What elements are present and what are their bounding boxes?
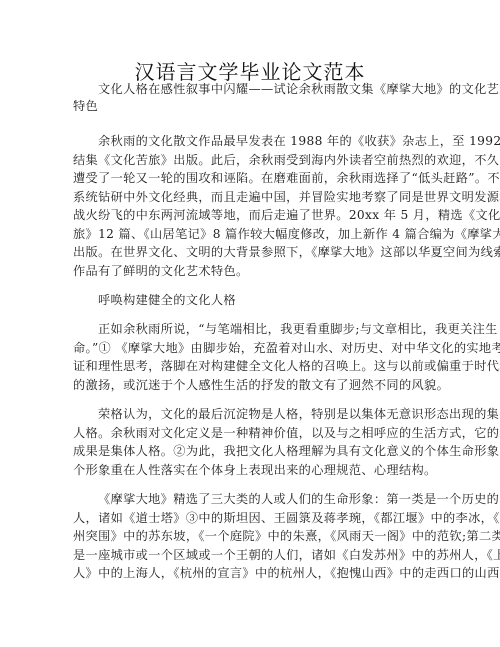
subtitle-line: 特色 <box>73 97 98 115</box>
paragraph-line: 是一座城市或一个区域或一个王朝的人们，诸如《白发苏州》中的苏州人，《上海 <box>73 546 500 564</box>
paragraph-line: 遭受了一轮又一轮的围攻和诬陷。在磨难面前，余秋雨选择了“低头赶路”。不仅 <box>73 169 500 187</box>
paragraph-line: 正如余秋雨所说，“与笔端相比，我更看重脚步;与文章相比，我更关注生 <box>98 320 498 338</box>
paragraph-line: 荣格认为，文化的最后沉淀物是人格，特别是以集体无意识形态出现的集体 <box>98 405 500 423</box>
paragraph-line: 命。”① 《摩挲大地》由脚步始，充盈着对山水、对历史、对中华文化的实地考 <box>73 339 500 357</box>
paragraph-line: 旅》12 篇、《山居笔记》8 篇作较大幅度修改，加上新作 4 篇合编为《摩挲大地… <box>73 225 500 243</box>
subtitle-line: 文化人格在感性叙事中闪耀——试论余秋雨散文集《摩挲大地》的文化艺术 <box>98 80 500 98</box>
paragraph-line: 系统钻研中外文化经典，而且走遍中国，并冒险实地考察了同是世界文明发源地的 <box>73 188 500 206</box>
paragraph-line: 余秋雨的文化散文作品最早发表在 1988 年的《收获》杂志上，至 1992 年， <box>98 132 500 150</box>
paragraph-line: 成果是集体人格。②为此，我把文化人格理解为具有文化意义的个体生命形象，这 <box>73 442 500 460</box>
paragraph-line: 证和理性思考，落脚在对构建健全文化人格的召唤上。这与以前或偏重于时代精神 <box>73 357 500 375</box>
paragraph-line: 人，诸如《道士塔》③中的斯坦因、王圆箓及蒋孝琬，《都江堰》中的李冰，《黄 <box>73 509 500 527</box>
paragraph-line: 个形象重在人性落实在个体身上表现出来的心理规范、心理结构。 <box>73 461 437 479</box>
paragraph-line: 战火纷飞的中东两河流域等地，而后走遍了世界。20xx 年 5 月，精选《文化苦 <box>73 206 500 224</box>
document-page: 汉语言文学毕业论文范本 文化人格在感性叙事中闪耀——试论余秋雨散文集《摩挲大地》… <box>0 0 500 647</box>
paragraph-line: 州突围》中的苏东坡，《一个庭院》中的朱熹，《风雨天一阁》中的范钦;第二类 <box>73 527 500 545</box>
paragraph-line: 人》中的上海人，《杭州的宣言》中的杭州人，《抱愧山西》中的走西口的山西商 <box>73 564 500 582</box>
paragraph-line: 作品有了鲜明的文化艺术特色。 <box>73 262 249 280</box>
paragraph-line: 的激扬，或沉迷于个人感性生活的抒发的散文有了迥然不同的风貌。 <box>73 376 449 394</box>
paragraph-line: 结集《文化苦旅》出版。此后，余秋雨受到海内外读者空前热烈的欢迎，不久，又 <box>73 151 500 169</box>
paragraph-line: 出版。在世界文化、文明的大背景参照下，《摩挲大地》这部以华夏空间为线索的 <box>73 243 500 261</box>
paragraph-line: 《摩挲大地》精选了三大类的人或人们的生命形象：第一类是一个历史的 <box>98 490 499 508</box>
section-heading: 呼唤构建健全的文化人格 <box>98 291 236 309</box>
paragraph-line: 人格。余秋雨对文化定义是一种精神价值，以及与之相呼应的生活方式，它的最终 <box>73 424 500 442</box>
